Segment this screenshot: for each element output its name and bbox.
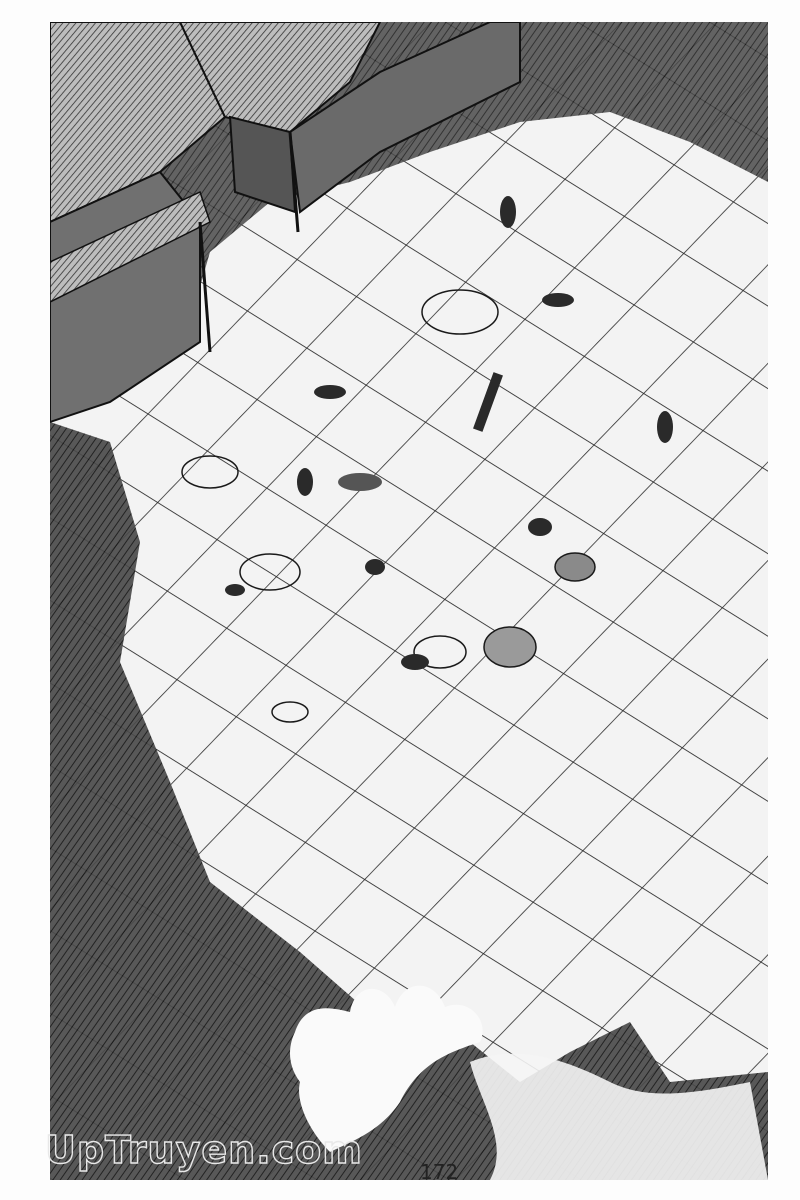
comic-panel xyxy=(50,22,768,1180)
manga-page: UpTruyen.com 172 xyxy=(0,0,800,1200)
plaza-illustration xyxy=(50,22,768,1180)
watermark: UpTruyen.com xyxy=(45,1128,363,1172)
page-number: 172 xyxy=(420,1160,458,1184)
